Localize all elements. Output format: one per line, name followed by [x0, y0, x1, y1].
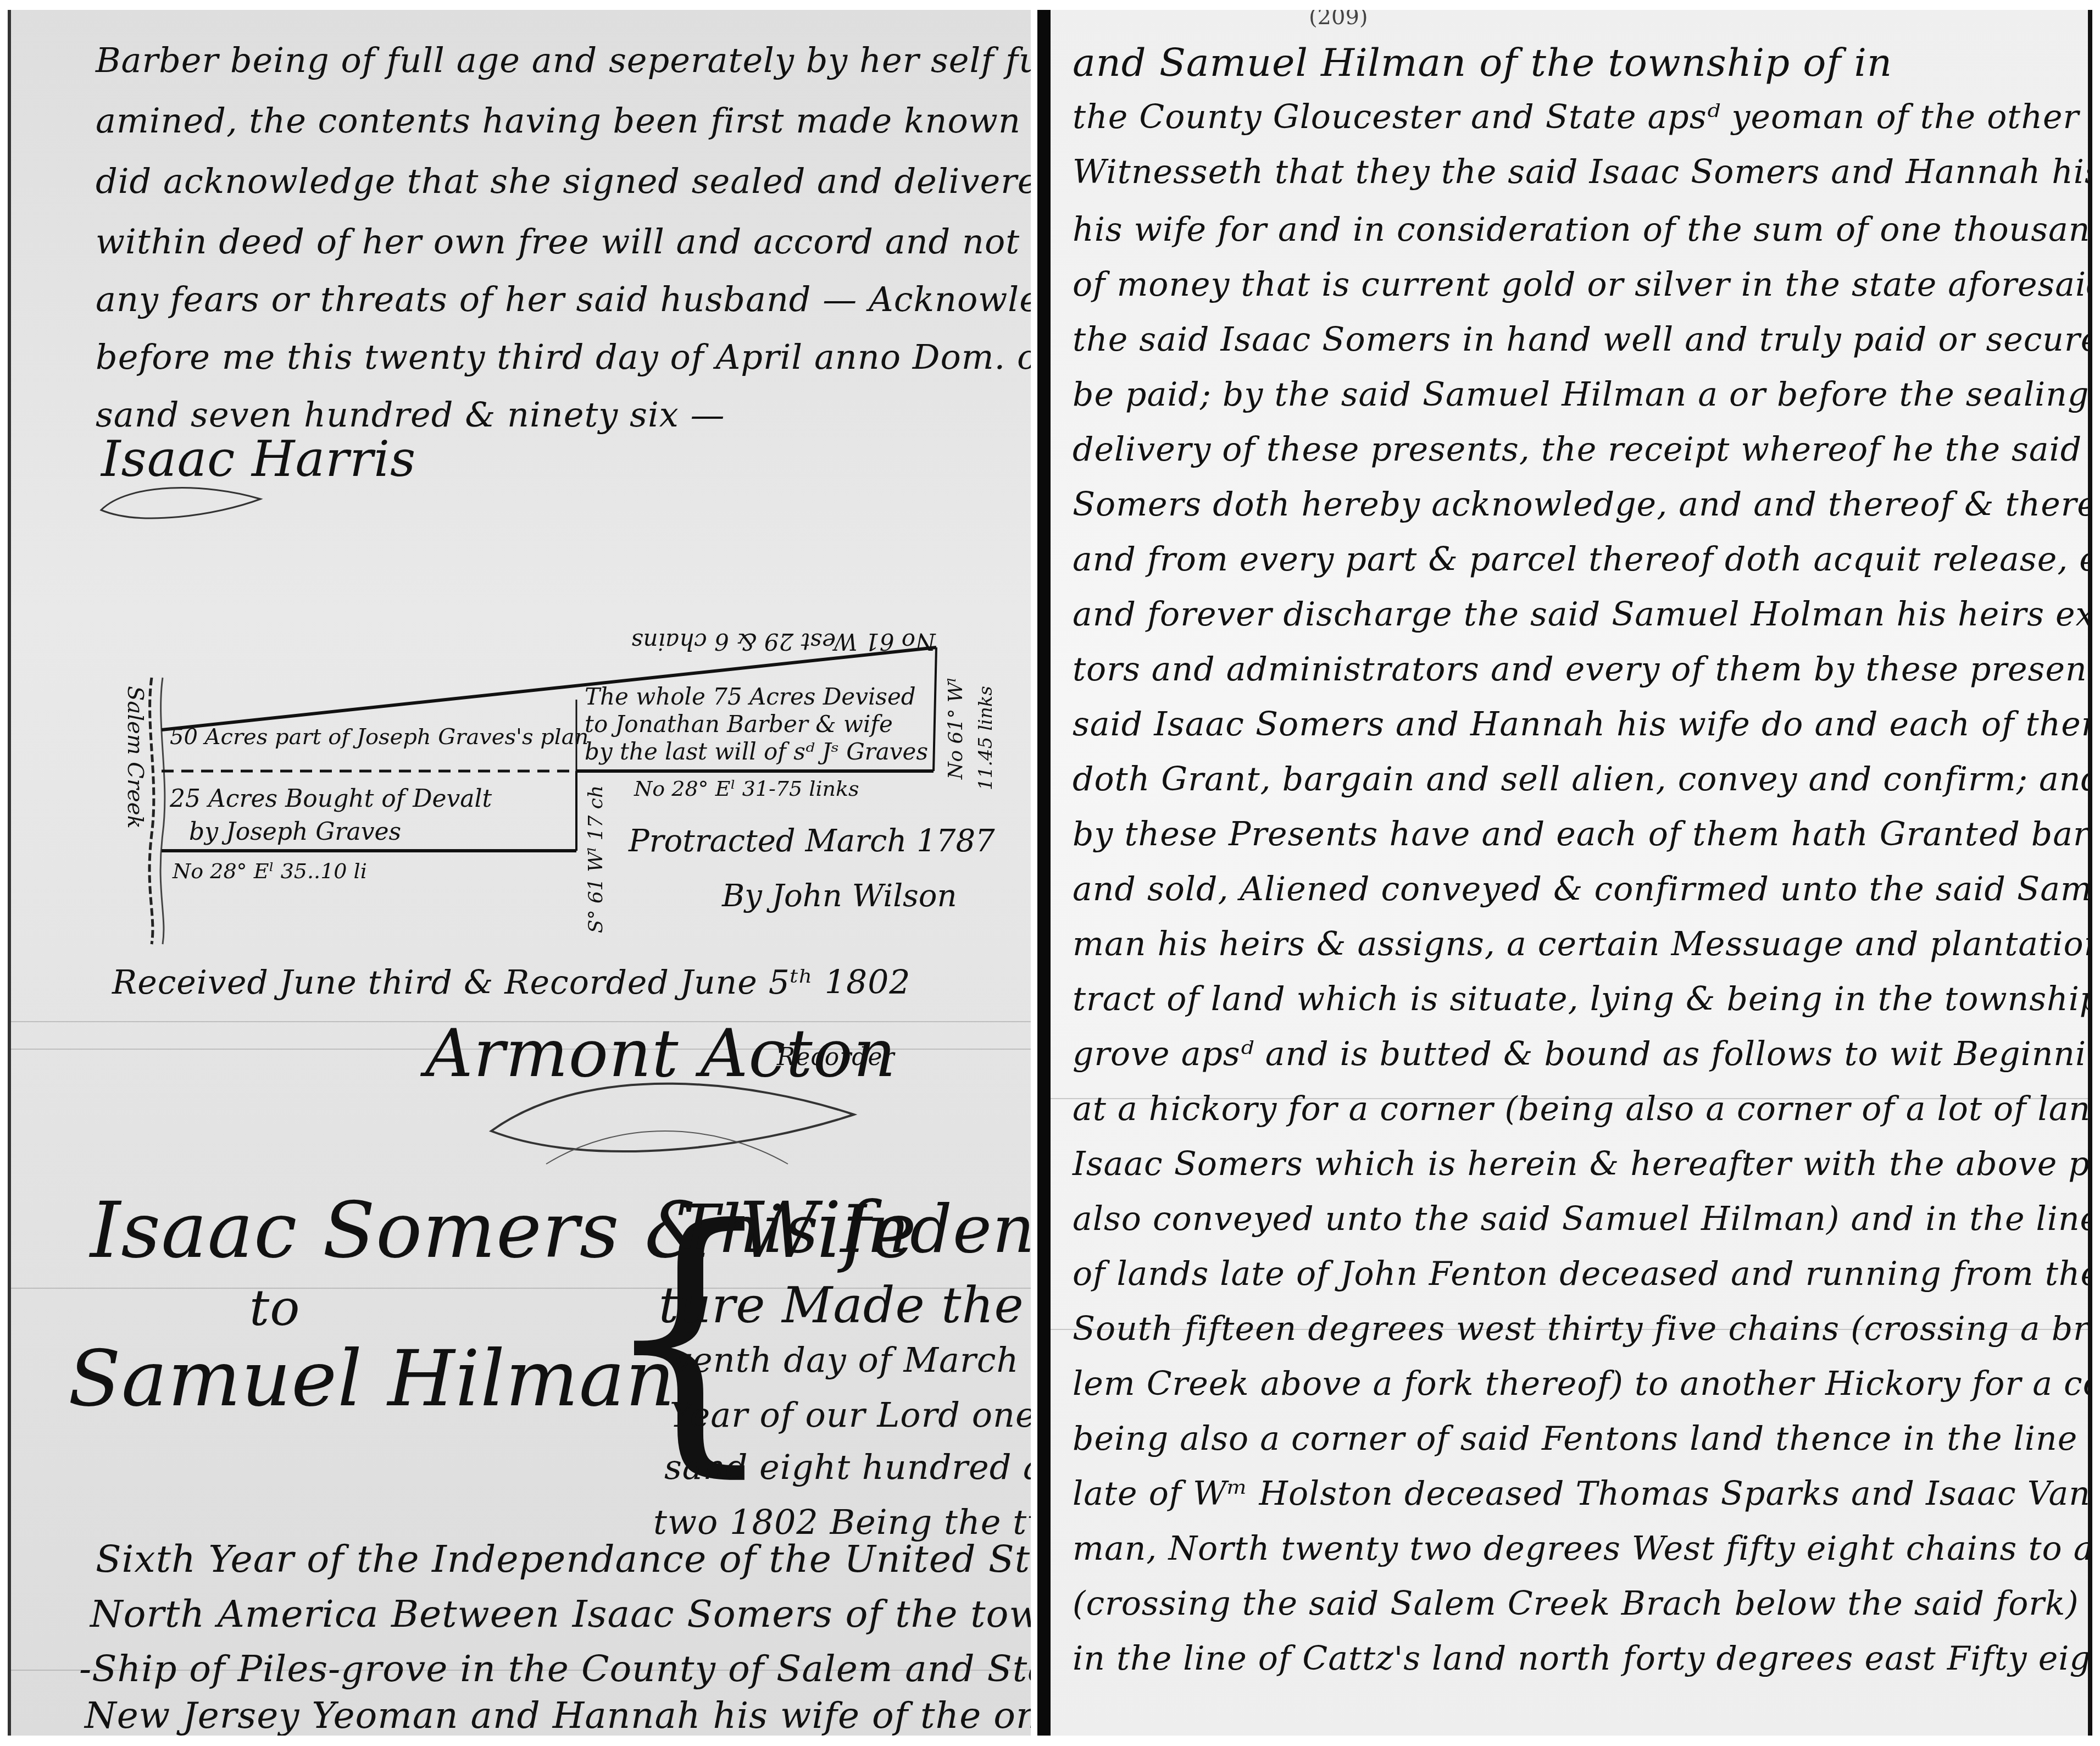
deed-text-line: and forever discharge the said Samuel Ho… — [1073, 595, 2089, 634]
deed-text-line: and sold, Aliened conveyed & confirmed u… — [1073, 870, 2089, 908]
deed-text-line: grove apsᵈ and is butted & bound as foll… — [1073, 1035, 2089, 1073]
deed-text-line: be paid; by the said Samuel Hilman a or … — [1073, 375, 2089, 414]
deed-text-line: delivery of these presents, the receipt … — [1073, 430, 2089, 469]
plat-protracted-date: Protracted March 1787 — [629, 823, 995, 859]
deed-text-line: the County Gloucester and State apsᵈ yeo… — [1073, 98, 2089, 136]
deed-text-line: of money that is current gold or silver … — [1073, 265, 2089, 304]
caption-to: to — [249, 1279, 300, 1337]
acknowledgment-line: within deed of her own free will and acc… — [96, 221, 1031, 262]
deed-body-line: Sixth Year of the Independance of the Un… — [96, 1538, 1031, 1581]
deed-text-line: said Isaac Somers and Hannah his wife do… — [1073, 705, 2089, 744]
deed-text-line: by these Presents have and each of them … — [1073, 815, 2089, 853]
indenture-line: sand eight hundred and — [664, 1447, 1031, 1487]
indenture-line: venth day of March in the — [673, 1340, 1031, 1380]
deed-text-line: (crossing the said Salem Creek Brach bel… — [1073, 1584, 2089, 1623]
plat-right-vertical-bearing: No 61° Wˡ — [945, 677, 967, 779]
plat-parcel-50-acres: 50 Acres part of Joseph Graves's plan — [170, 724, 588, 750]
deed-text-line: lem Creek above a fork thereof) to anoth… — [1073, 1365, 2089, 1403]
indenture-line: ture Made the Se- — [659, 1277, 1031, 1334]
left-page: Barber being of full age and seperately … — [8, 10, 1031, 1736]
deed-text-line: South fifteen degrees west thirty five c… — [1073, 1310, 2089, 1348]
deed-body-line: -Ship of Piles-grove in the County of Sa… — [79, 1648, 1031, 1690]
deed-text-line: Isaac Somers which is herein & hereafter… — [1073, 1145, 2089, 1183]
deed-book-spread: Barber being of full age and seperately … — [0, 0, 2100, 1746]
deed-text-line: in the line of Cattz's land north forty … — [1073, 1639, 2089, 1678]
indenture-line: two 1802 Being the twenty — [653, 1502, 1031, 1542]
acknowledgment-line: Barber being of full age and seperately … — [96, 40, 1031, 80]
deed-text-line: late of Wᵐ Holston deceased Thomas Spark… — [1073, 1475, 2089, 1513]
plat-right-vertical-links: 11.45 links — [975, 686, 997, 790]
plat-center-vertical-bearing: S° 61 Wˡ 17 ch — [585, 785, 607, 933]
plat-parcel-25-acres-line1: 25 Acres Bought of Devalt — [170, 785, 492, 813]
recorder-title: Recorder — [777, 1043, 895, 1071]
plat-parcel-75-acres-line3: by the last will of sᵈ Jˢ Graves — [585, 738, 928, 765]
deed-body-line: North America Between Isaac Somers of th… — [90, 1593, 1031, 1636]
acknowledgment-line: before me this twenty third day of April… — [96, 337, 1031, 377]
caption-grantee: Samuel Hilman — [68, 1334, 675, 1424]
deed-text-line: at a hickory for a corner (being also a … — [1073, 1090, 2089, 1128]
plat-top-bearing: No 61 West 29 & 6 chains — [631, 628, 936, 655]
deed-body-line: New Jersey Yeoman and Hannah his wife of… — [85, 1694, 1031, 1736]
right-page-edge — [2088, 10, 2092, 1736]
deed-text-line: Somers doth hereby acknowledge, and and … — [1073, 485, 2089, 524]
right-page: (209) and Samuel Hilman of the township … — [1051, 10, 2089, 1736]
deed-text-line: Witnesseth that they the said Isaac Some… — [1073, 153, 2089, 191]
plat-parcel-75-acres-line2: to Jonathan Barber & wife — [585, 711, 893, 738]
deed-text-line: tors and administrators and every of the… — [1073, 650, 2089, 689]
recording-note: Received June third & Recorded June 5ᵗʰ … — [112, 963, 910, 1002]
deed-text-line: and from every part & parcel thereof dot… — [1073, 540, 2089, 579]
deed-text-line: and Samuel Hilman of the township of in — [1073, 40, 1892, 85]
deed-text-line: man his heirs & assigns, a certain Messu… — [1073, 925, 2089, 963]
acknowledgment-line: did acknowledge that she signed sealed a… — [96, 161, 1031, 201]
page-number: (209) — [1309, 10, 1368, 30]
deed-text-line: man, North twenty two degrees West fifty… — [1073, 1529, 2089, 1568]
deed-text-line: tract of land which is situate, lying & … — [1073, 980, 2089, 1018]
deed-text-line: also conveyed unto the said Samuel Hilma… — [1073, 1200, 2089, 1238]
acknowledgment-line: sand seven hundred & ninety six — — [96, 395, 725, 435]
plat-bottom-bearing: No 28° Eˡ 35..10 li — [173, 859, 367, 883]
plat-parcel-75-acres-line1: The whole 75 Acres Devised — [585, 683, 916, 710]
plat-parcel-25-acres-line2: by Joseph Graves — [189, 818, 401, 846]
deed-text-line: of lands late of John Fenton deceased an… — [1073, 1255, 2089, 1293]
signature-flourish — [96, 477, 277, 532]
indenture-line: Year of our Lord one thou- — [670, 1395, 1031, 1435]
deed-text-line: the said Isaac Somers in hand well and t… — [1073, 320, 2089, 359]
plat-mid-bearing: No 28° Eˡ 31-75 links — [634, 777, 859, 801]
deed-text-line: being also a corner of said Fentons land… — [1073, 1420, 2089, 1458]
deed-text-line: doth Grant, bargain and sell alien, conv… — [1073, 760, 2089, 799]
indenture-line: This Inden- — [675, 1191, 1031, 1268]
left-page-edge — [8, 10, 11, 1736]
acknowledgment-line: amined, the contents having been first m… — [96, 101, 1031, 141]
plat-creek-label: Salem Creek — [123, 686, 148, 829]
acknowledgment-line: any fears or threats of her said husband… — [96, 279, 1031, 319]
plat-surveyor: By John Wilson — [722, 878, 957, 914]
deed-text-line: his wife for and in consideration of the… — [1073, 210, 2089, 249]
book-gutter — [1037, 10, 1051, 1736]
